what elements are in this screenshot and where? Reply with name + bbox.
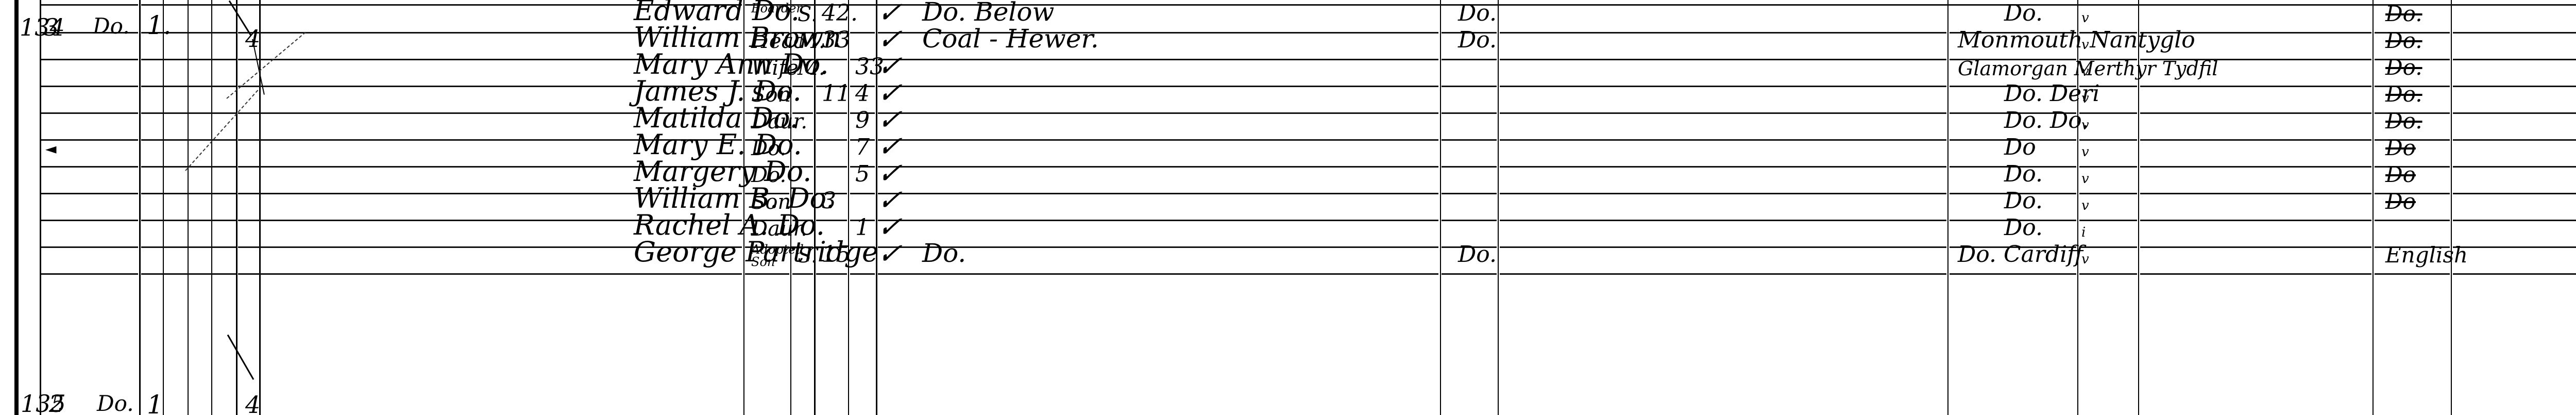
row-rule [41, 273, 138, 275]
row-rule [1442, 139, 1497, 141]
row-rule [1442, 86, 1497, 87]
birthplace-check: v [2081, 11, 2089, 25]
row-rule [1500, 220, 1946, 221]
row-rule [2140, 246, 2371, 248]
row-rule [41, 166, 138, 168]
col-rule [188, 0, 189, 415]
relation-to-head: Adopted Son [751, 243, 787, 268]
row-rule [2375, 220, 2450, 221]
row-rule [878, 59, 1438, 60]
birthplace: Do. [2004, 163, 2043, 186]
marital-condition: S. [798, 245, 818, 266]
row-rule [816, 112, 847, 114]
birthplace-check: v [2081, 145, 2089, 159]
row-rule [2140, 166, 2371, 168]
row-rule [878, 86, 1438, 87]
col-rule [1947, 0, 1948, 415]
row-rule [1500, 59, 1946, 60]
row-rule [41, 86, 138, 87]
row-rule [878, 220, 1438, 221]
row-rule [1500, 193, 1946, 194]
birthplace-check: v [2081, 253, 2089, 266]
margin-marker: ◄ [45, 142, 57, 156]
row-rule [2453, 220, 2576, 221]
col-rule [259, 0, 261, 415]
language-spoken: Do [2385, 191, 2416, 212]
language-spoken: Do. [2385, 3, 2422, 25]
row-rule [141, 193, 236, 194]
row-rule [1500, 246, 1946, 248]
pencil-stroke [185, 90, 258, 171]
language-spoken: Do. [2385, 110, 2422, 132]
row-rule [878, 193, 1438, 194]
row-rule [878, 139, 1438, 141]
col-rule [1440, 0, 1441, 415]
birthplace-check: v [2081, 92, 2089, 105]
row-rule [2453, 32, 2576, 34]
houses-inhabited: 3 [44, 15, 59, 39]
marital-condition: M. [798, 58, 825, 78]
row-rule [2079, 273, 2137, 275]
language-spoken: Do [2385, 137, 2416, 159]
row-rule [878, 273, 1438, 275]
row-rule [1500, 139, 1946, 141]
left-border [14, 0, 19, 415]
age-male: 15 [822, 243, 851, 266]
row-rule [41, 246, 138, 248]
col-rule [2451, 0, 2452, 415]
col-rule [139, 0, 141, 415]
row-rule [1500, 112, 1946, 114]
row-rule [2453, 112, 2576, 114]
birthplace: Do. [2004, 217, 2043, 239]
row-rule [2453, 166, 2576, 168]
row-rule [816, 139, 847, 141]
employment-status: Do. [1458, 29, 1497, 52]
col-rule [211, 0, 212, 415]
language-spoken: English [2385, 244, 2468, 266]
col-rule [40, 0, 41, 415]
age-male: 11 [822, 82, 851, 105]
birthplace: Do. Do. [2004, 109, 2089, 132]
language-spoken: Do. [2385, 84, 2422, 105]
row-rule [850, 273, 875, 275]
census-page: 134 3 Do. 1. 4 135 2 Do. 1 4 ◄ Edward Do… [0, 0, 2576, 415]
age-female: 9 [855, 109, 870, 132]
employment-status: Do. [1458, 2, 1497, 25]
row-rule [2079, 166, 2137, 168]
row-rule [41, 112, 138, 114]
row-rule [2079, 246, 2137, 248]
relation-to-head: Boarder [751, 2, 787, 14]
birthplace-check: v [2081, 199, 2089, 212]
rooms-mark: 4 [245, 393, 260, 415]
row-rule [745, 273, 789, 275]
row-rule [1500, 273, 1946, 275]
row-rule [2140, 220, 2371, 221]
row-rule [1442, 220, 1497, 221]
occupation: Do. [922, 240, 966, 266]
row-rule [1442, 166, 1497, 168]
row-rule [41, 193, 138, 194]
row-rule [2453, 193, 2576, 194]
person-name: William B. Do. [634, 185, 835, 212]
language-spoken: Do. [2385, 57, 2422, 78]
row-rule [1500, 86, 1946, 87]
row-rule [2453, 246, 2576, 248]
row-rule [2453, 86, 2576, 87]
row-rule [1442, 193, 1497, 194]
row-rule [850, 193, 875, 194]
birthplace-check: i [2081, 226, 2086, 239]
birthplace-check: v [2081, 65, 2089, 78]
pencil-stroke [226, 32, 306, 99]
row-rule [2453, 273, 2576, 275]
row-rule [2079, 220, 2137, 221]
row-rule [878, 166, 1438, 168]
row-rule [816, 166, 847, 168]
road-street: Do. [97, 393, 134, 414]
row-rule [1442, 112, 1497, 114]
row-rule [1442, 59, 1497, 60]
birthplace-check: v [2081, 172, 2089, 186]
row-rule [238, 273, 742, 275]
birthplace-check: v [2081, 119, 2089, 132]
row-rule [141, 246, 236, 248]
language-spoken: Do. [2385, 30, 2422, 52]
row-rule [792, 273, 813, 275]
occupation: Do. Below [922, 0, 1054, 25]
age-female: 5 [855, 163, 870, 186]
row-rule [2140, 86, 2371, 87]
row-rule [2140, 139, 2371, 141]
row-rule [141, 86, 236, 87]
row-rule [41, 59, 138, 60]
birthplace: Do. Cardiff [1958, 243, 2083, 266]
row-rule [2453, 139, 2576, 141]
row-rule [1950, 273, 2076, 275]
row-rule [141, 273, 236, 275]
road-street: Do. [93, 15, 130, 37]
schedule-divider-stroke [227, 335, 255, 380]
row-rule [141, 112, 236, 114]
row-rule [2375, 273, 2450, 275]
row-rule [2140, 273, 2371, 275]
occupation: Coal - Hewer. [922, 26, 1099, 52]
row-rule [2140, 193, 2371, 194]
age-female: 4 [855, 82, 870, 105]
row-rule [141, 59, 236, 60]
row-rule [141, 220, 236, 221]
row-rule [1500, 32, 1946, 34]
row-rule [41, 220, 138, 221]
row-rule [850, 32, 875, 34]
row-rule [2453, 59, 2576, 60]
row-rule [816, 273, 847, 275]
row-rule [2079, 193, 2137, 194]
age-female: 7 [855, 136, 870, 159]
col-rule [2372, 0, 2374, 415]
birthplace: Do [2004, 136, 2036, 159]
employment-status: Do. [1458, 243, 1497, 266]
row-rule [878, 112, 1438, 114]
birthplace: Do. [2004, 190, 2043, 212]
col-rule [848, 0, 849, 415]
col-rule [1498, 0, 1499, 415]
row-rule [41, 4, 138, 6]
birthplace: Do. [2004, 2, 2043, 25]
row-rule [1500, 166, 1946, 168]
birthplace: Monmouth Nantyglo [1958, 29, 2195, 52]
row-rule [141, 139, 236, 141]
col-rule [163, 0, 164, 415]
houses-column: 1. [147, 12, 172, 38]
houses-inhabited: 2 [49, 392, 64, 415]
birthplace-check: v [2081, 38, 2089, 52]
language-spoken: Do [2385, 164, 2416, 186]
row-rule [2079, 139, 2137, 141]
houses-column: 1 [147, 392, 163, 415]
row-rule [2140, 112, 2371, 114]
schedule-divider-stroke [229, 1, 252, 36]
row-rule [1442, 273, 1497, 275]
